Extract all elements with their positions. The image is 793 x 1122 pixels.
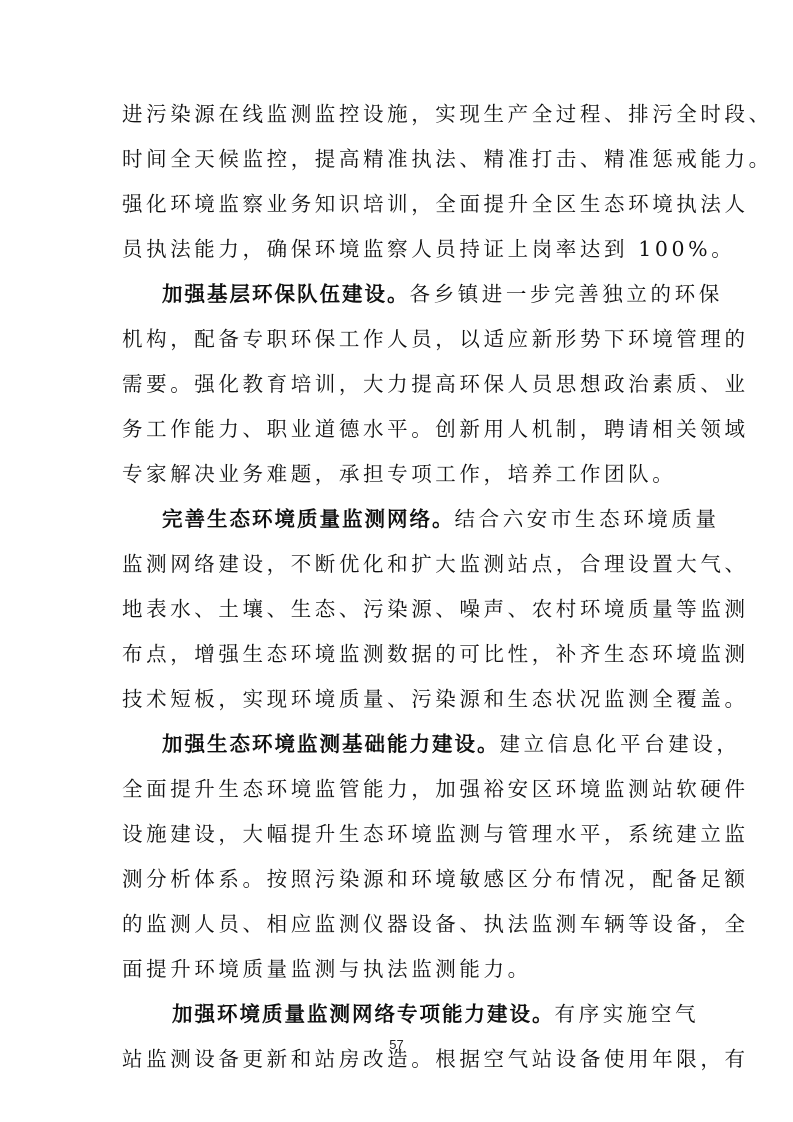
text-line: 全面提升生态环境监管能力，加强裕安区环境监测站软硬件 — [122, 775, 682, 803]
text-line: 技术短板，实现环境质量、污染源和生态状况监测全覆盖。 — [122, 685, 682, 713]
paragraph-first-line: 完善生态环境质量监测网络。结合六安市生态环境质量 — [162, 505, 722, 533]
paragraph-first-line: 加强基层环保队伍建设。各乡镇进一步完善独立的环保 — [162, 280, 722, 308]
paragraph-heading: 加强基层环保队伍建设。 — [162, 282, 410, 306]
text-line: 测分析体系。按照污染源和环境敏感区分布情况，配备足额 — [122, 865, 682, 893]
paragraph-first-line: 加强环境质量监测网络专项能力建设。有序实施空气 — [172, 1000, 732, 1028]
paragraph-heading: 加强环境质量监测网络专项能力建设。 — [172, 1002, 555, 1026]
text-line: 的监测人员、相应监测仪器设备、执法监测车辆等设备，全 — [122, 910, 682, 938]
text-line: 地表水、土壤、生态、污染源、噪声、农村环境质量等监测 — [122, 595, 682, 623]
text-line: 强化环境监察业务知识培训，全面提升全区生态环境执法人 — [122, 190, 682, 218]
text-run: 建立信息化平台建设， — [500, 732, 741, 756]
paragraph-first-line: 加强生态环境监测基础能力建设。建立信息化平台建设， — [162, 730, 722, 758]
paragraph-heading: 完善生态环境质量监测网络。 — [162, 507, 455, 531]
text-line: 机构，配备专职环保工作人员，以适应新形势下环境管理的 — [122, 325, 682, 353]
text-line: 员执法能力，确保环境监察人员持证上岗率达到 100%。 — [122, 235, 682, 263]
text-run: 结合六安市生态环境质量 — [455, 507, 720, 531]
text-line: 监测网络建设，不断优化和扩大监测站点，合理设置大气、 — [122, 550, 682, 578]
text-line: 时间全天候监控，提高精准执法、精准打击、精准惩戒能力。 — [122, 145, 682, 173]
text-line: 需要。强化教育培训，大力提高环保人员思想政治素质、业 — [122, 370, 682, 398]
text-run: 各乡镇进一步完善独立的环保 — [410, 282, 723, 306]
text-line: 布点，增强生态环境监测数据的可比性，补齐生态环境监测 — [122, 640, 682, 668]
text-line: 进污染源在线监测监控设施，实现生产全过程、排污全时段、 — [122, 100, 682, 128]
page-number: 57 — [0, 1037, 793, 1052]
text-line: 务工作能力、职业道德水平。创新用人机制，聘请相关领域 — [122, 415, 682, 443]
text-run: 有序实施空气 — [555, 1002, 700, 1026]
text-line: 设施建设，大幅提升生态环境监测与管理水平，系统建立监 — [122, 820, 682, 848]
text-line: 面提升环境质量监测与执法监测能力。 — [122, 955, 682, 983]
text-line: 专家解决业务难题，承担专项工作，培养工作团队。 — [122, 460, 682, 488]
paragraph-heading: 加强生态环境监测基础能力建设。 — [162, 732, 500, 756]
